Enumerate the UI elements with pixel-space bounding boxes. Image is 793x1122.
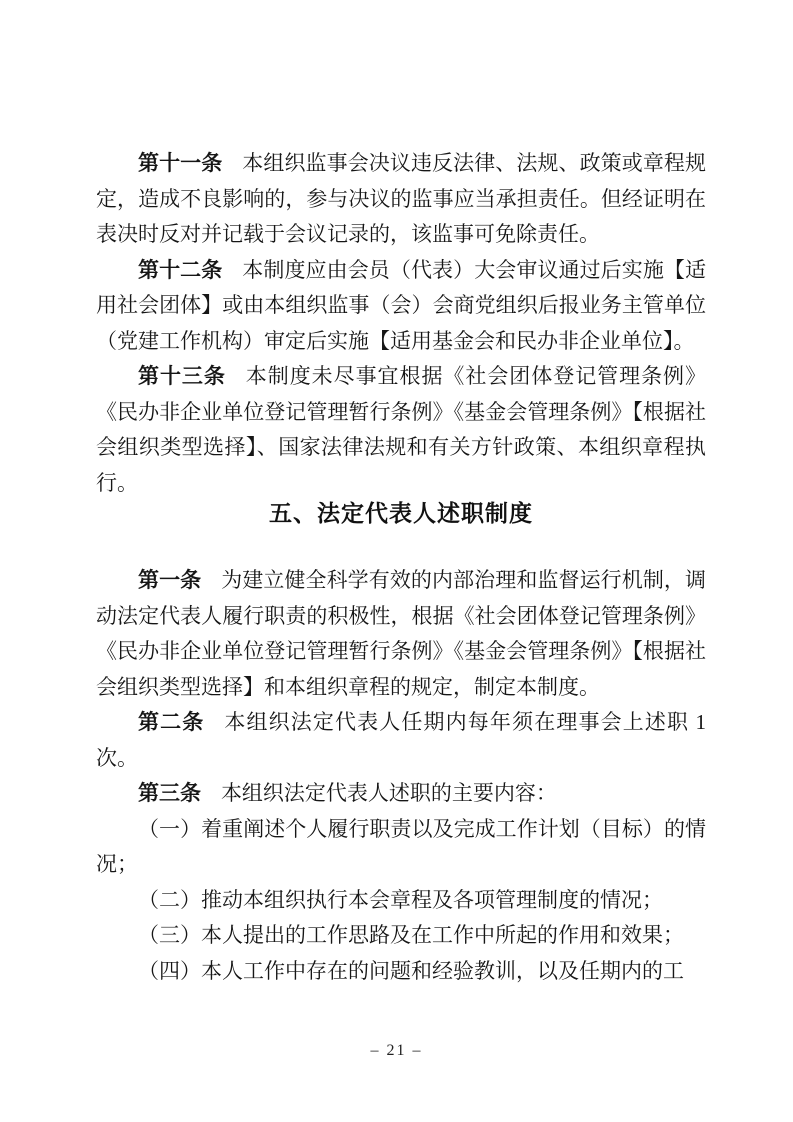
article-paragraph: 第三条本组织法定代表人述职的主要内容： bbox=[96, 776, 706, 812]
article-text: （二）推动本组织执行本会章程及各项管理制度的情况； bbox=[138, 888, 663, 912]
document-body: 第十一条本组织监事会决议违反法律、法规、政策或章程规定，造成不良影响的，参与决议… bbox=[96, 146, 706, 989]
document-page: 第十一条本组织监事会决议违反法律、法规、政策或章程规定，造成不良影响的，参与决议… bbox=[0, 0, 793, 1122]
article-number: 第十二条 bbox=[138, 258, 222, 282]
article-text: 本组织法定代表人述职的主要内容： bbox=[221, 781, 557, 805]
article-number: 第二条 bbox=[138, 710, 204, 734]
article-text: （四）本人工作中存在的问题和经验教训，以及任期内的工 bbox=[138, 959, 684, 983]
article-number: 第一条 bbox=[138, 568, 201, 592]
list-item-paragraph: （四）本人工作中存在的问题和经验教训，以及任期内的工 bbox=[96, 954, 706, 990]
article-paragraph: 第十一条本组织监事会决议违反法律、法规、政策或章程规定，造成不良影响的，参与决议… bbox=[96, 146, 706, 253]
article-number: 第十一条 bbox=[138, 151, 222, 175]
list-item-paragraph: （一）着重阐述个人履行职责以及完成工作计划（目标）的情况； bbox=[96, 812, 706, 883]
article-text: （一）着重阐述个人履行职责以及完成工作计划（目标）的情况； bbox=[96, 817, 706, 877]
article-paragraph: 第一条为建立健全科学有效的内部治理和监督运行机制，调动法定代表人履行职责的积极性… bbox=[96, 563, 706, 705]
page-number: – 21 – bbox=[0, 1042, 793, 1060]
article-paragraph: 第二条本组织法定代表人任期内每年须在理事会上述职 1 次。 bbox=[96, 705, 706, 776]
article-number: 第十三条 bbox=[138, 364, 226, 388]
list-item-paragraph: （三）本人提出的工作思路及在工作中所起的作用和效果； bbox=[96, 918, 706, 954]
article-paragraph: 第十三条本制度未尽事宜根据《社会团体登记管理条例》《民办非企业单位登记管理暂行条… bbox=[96, 359, 706, 501]
article-number: 第三条 bbox=[138, 781, 201, 805]
section-heading: 五、法定代表人述职制度 bbox=[96, 495, 706, 531]
article-paragraph: 第十二条本制度应由会员（代表）大会审议通过后实施【适用社会团体】或由本组织监事（… bbox=[96, 253, 706, 360]
list-item-paragraph: （二）推动本组织执行本会章程及各项管理制度的情况； bbox=[96, 883, 706, 919]
article-text: （三）本人提出的工作思路及在工作中所起的作用和效果； bbox=[138, 923, 684, 947]
